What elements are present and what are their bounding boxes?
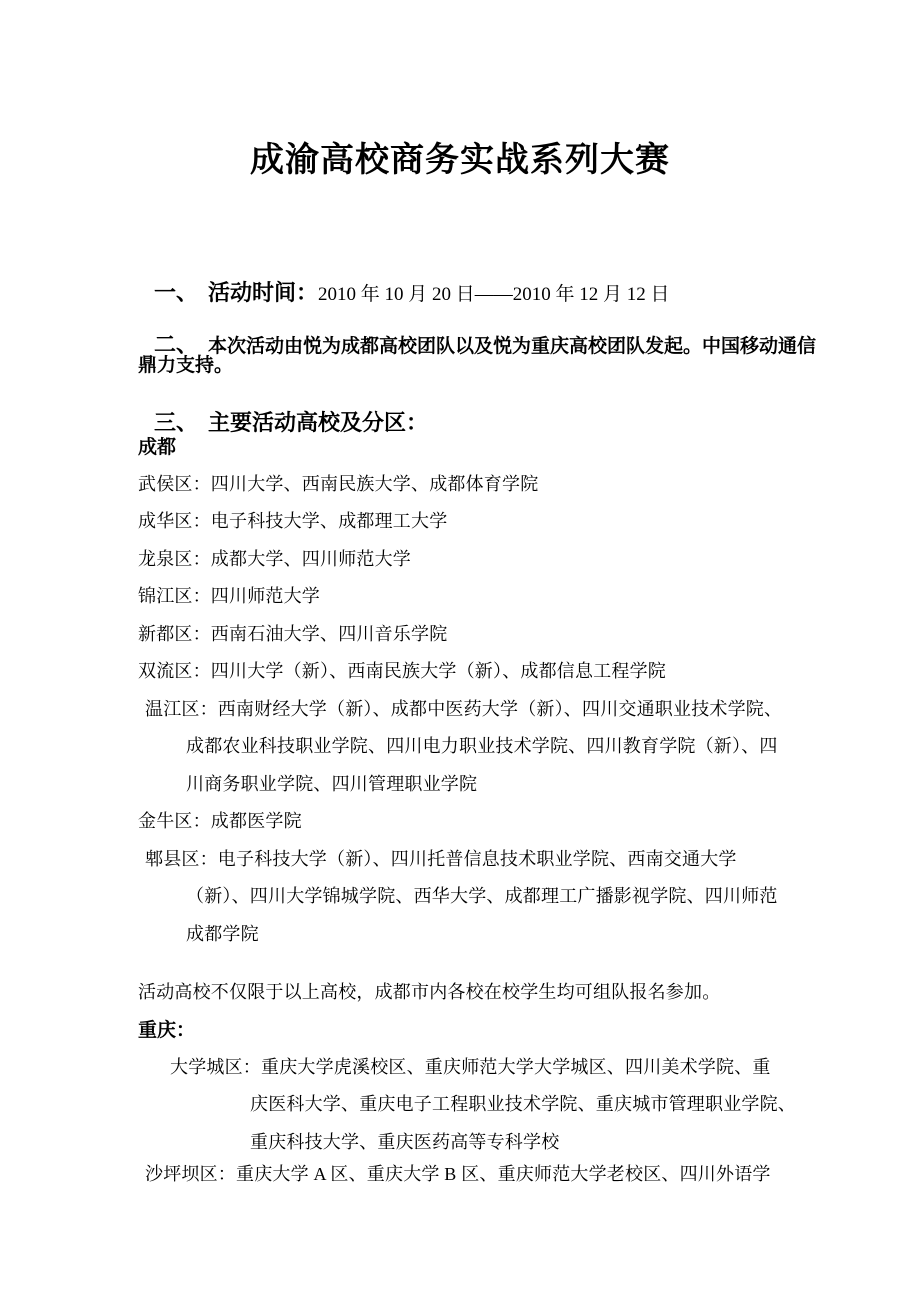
- chongqing-heading: 重庆：: [138, 1015, 195, 1042]
- section-1-heading: 活动时间：: [208, 280, 318, 305]
- section-2-text: 本次活动由悦为成都高校团队以及悦为重庆高校团队发起。中国移动通信: [208, 336, 816, 357]
- district-line-daxuecheng: 大学城区：重庆大学虎溪校区、重庆师范大学大学城区、四川美术学院、重: [170, 1053, 771, 1079]
- district-line-shuangliu: 双流区：四川大学（新）、西南民族大学（新）、成都信息工程学院: [138, 657, 666, 683]
- district-line-wenjiang: 温江区：西南财经大学（新）、成都中医药大学（新）、四川交通职业技术学院、: [145, 695, 782, 721]
- section-1-dates: 2010 年 10 月 20 日——2010 年 12 月 12 日: [318, 284, 670, 305]
- district-line-jinjiang: 锦江区：四川师范大学: [138, 582, 320, 608]
- district-line-pixian-wrap-2: 成都学院: [186, 920, 259, 946]
- section-2-line-1: 二、本次活动由悦为成都高校团队以及悦为重庆高校团队发起。中国移动通信: [138, 310, 816, 377]
- chengdu-heading: 成都: [138, 432, 176, 459]
- district-line-wuhou: 武侯区：四川大学、西南民族大学、成都体育学院: [138, 470, 538, 496]
- district-line-longquan: 龙泉区：成都大学、四川师范大学: [138, 545, 411, 571]
- district-line-daxuecheng-wrap-1: 庆医科大学、重庆电子工程职业技术学院、重庆城市管理职业学院、: [250, 1090, 796, 1116]
- participation-note: 活动高校不仅限于以上高校，成都市内各校在校学生均可组队报名参加。: [138, 978, 720, 1004]
- document-page: 成渝高校商务实战系列大赛 一、活动时间：2010 年 10 月 20 日——20…: [0, 0, 920, 1302]
- district-line-wenjiang-wrap-1: 成都农业科技职业学院、四川电力职业技术学院、四川教育学院（新）、四: [186, 732, 778, 758]
- section-2-line-2: 鼎力支持。: [138, 350, 233, 377]
- document-title: 成渝高校商务实战系列大赛: [0, 132, 920, 181]
- section-1-number: 一、: [154, 280, 198, 305]
- district-line-daxuecheng-wrap-2: 重庆科技大学、重庆医药高等专科学校: [250, 1128, 559, 1154]
- district-line-wenjiang-wrap-2: 川商务职业学院、四川管理职业学院: [186, 770, 477, 796]
- district-line-chenghua: 成华区：电子科技大学、成都理工大学: [138, 507, 447, 533]
- section-3-heading: 主要活动高校及分区：: [208, 410, 428, 435]
- district-line-jinniu: 金牛区：成都医学院: [138, 807, 302, 833]
- district-line-shapingba: 沙坪坝区：重庆大学 A 区、重庆大学 B 区、重庆师范大学老校区、四川外语学: [145, 1160, 771, 1186]
- district-line-xindu: 新都区：西南石油大学、四川音乐学院: [138, 620, 447, 646]
- district-line-pixian-wrap-1: （新）、四川大学锦城学院、西华大学、成都理工广播影视学院、四川师范: [186, 882, 778, 908]
- district-line-pixian: 郫县区：电子科技大学（新）、四川托普信息技术职业学院、西南交通大学: [145, 845, 737, 871]
- section-3-line: 三、主要活动高校及分区：: [138, 388, 428, 455]
